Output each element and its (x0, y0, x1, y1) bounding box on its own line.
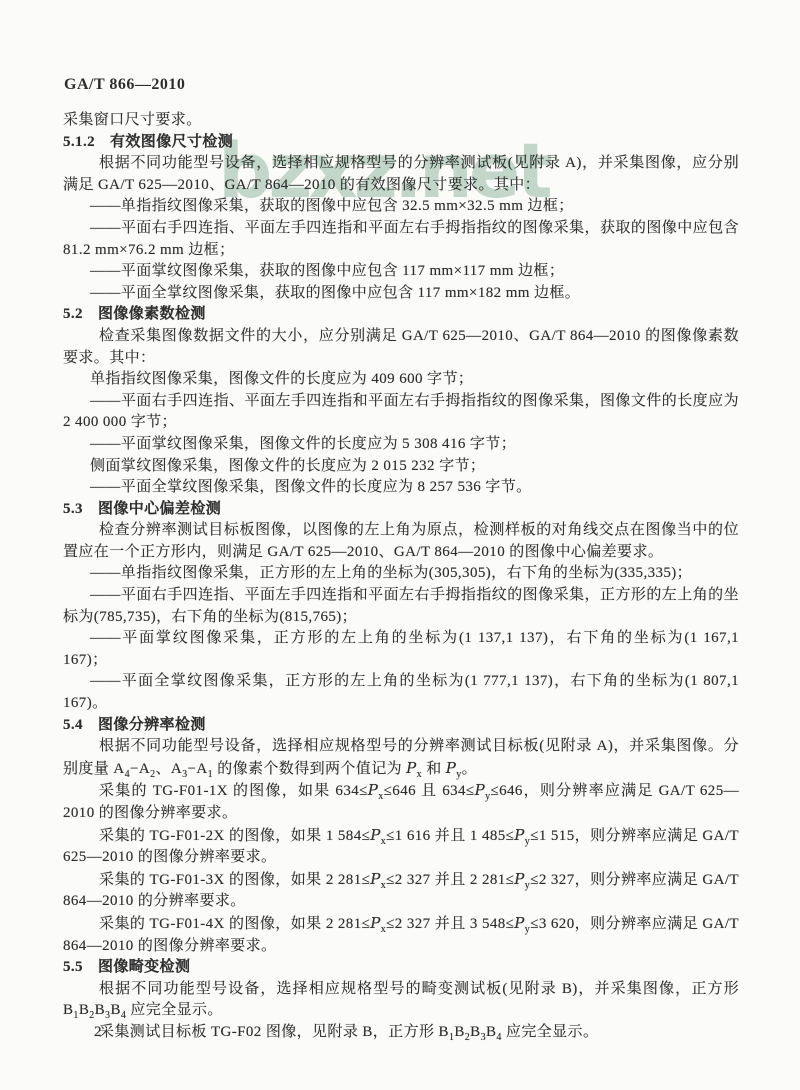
paragraph: 采集的 TG-F01-2X 的图像，如果 1 584≤Px≤1 616 并且 1… (63, 825, 739, 869)
heading-title: 图像分辨率检测 (98, 717, 206, 733)
list-item: ——平面全掌纹图像采集，图像文件的长度应为 8 257 536 字节。 (63, 477, 739, 499)
list-item: 侧面掌纹图像采集，图像文件的长度应为 2 015 232 字节； (63, 456, 739, 478)
paragraph: 采集的 TG-F01-4X 的图像，如果 2 281≤Px≤2 327 并且 3… (63, 913, 739, 957)
list-item: ——平面掌纹图像采集，图像文件的长度应为 5 308 416 字节； (63, 434, 739, 456)
list-item: 单指指纹图像采集，图像文件的长度应为 409 600 字节； (63, 369, 739, 391)
heading-number: 5.4 (63, 717, 83, 733)
heading-number: 5.1.2 (63, 134, 95, 150)
list-item: ——平面右手四连指、平面左手四连指和平面左右手拇指指纹的图像采集，正方形的左上角… (63, 585, 739, 628)
doc-code-header: GA/T 866—2010 (64, 76, 185, 94)
paragraph: 采集的 TG-F01-1X 的图像，如果 634≤Px≤646 且 634≤Py… (63, 780, 739, 824)
paragraph: 采集的 TG-F01-3X 的图像，如果 2 281≤Px≤2 327 并且 2… (63, 869, 739, 913)
list-item: ——单指指纹图像采集，获取的图像中应包含 32.5 mm×32.5 mm 边框； (63, 196, 739, 218)
paragraph: 采集窗口尺寸要求。 (63, 110, 739, 132)
list-item: ——平面掌纹图像采集，正方形的左上角的坐标为(1 137,1 137)，右下角的… (63, 628, 739, 671)
list-item: ——平面全掌纹图像采集，获取的图像中应包含 117 mm×182 mm 边框。 (63, 283, 739, 305)
list-item: ——单指指纹图像采集，正方形的左上角的坐标为(305,305)，右下角的坐标为(… (63, 563, 739, 585)
paragraph: 根据不同功能型号设备，选择相应规格型号的分辨率测试目标板(见附录 A)，并采集图… (63, 736, 739, 780)
heading-title: 图像中心偏差检测 (98, 501, 221, 517)
page-number: 2 (94, 1024, 102, 1041)
section-heading: 5.3图像中心偏差检测 (63, 499, 739, 521)
section-heading: 5.5图像畸变检测 (63, 957, 739, 979)
list-item: ——平面掌纹图像采集，获取的图像中应包含 117 mm×117 mm 边框； (63, 261, 739, 283)
list-item: ——平面右手四连指、平面左手四连指和平面左右手拇指指纹的图像采集，图像文件的长度… (63, 391, 739, 434)
section-heading: 5.4图像分辨率检测 (63, 715, 739, 737)
heading-title: 图像像素数检测 (98, 306, 206, 322)
heading-number: 5.5 (63, 959, 83, 975)
section-heading: 5.1.2有效图像尺寸检测 (63, 132, 739, 154)
paragraph: 采集测试目标板 TG-F02 图像，见附录 B，正方形 B1B2B3B4 应完全… (63, 1022, 739, 1044)
heading-title: 图像畸变检测 (98, 959, 190, 975)
heading-number: 5.2 (63, 306, 83, 322)
document-content: 采集窗口尺寸要求。 5.1.2有效图像尺寸检测 根据不同功能型号设备，选择相应规… (63, 110, 739, 1044)
heading-title: 有效图像尺寸检测 (110, 134, 233, 150)
heading-number: 5.3 (63, 501, 83, 517)
paragraph: 根据不同功能型号设备，选择相应规格型号的畸变测试板(见附录 B)，并采集图像，正… (63, 979, 739, 1022)
paragraph: 检查采集图像数据文件的大小，应分别满足 GA/T 625—2010、GA/T 8… (63, 326, 739, 369)
list-item: ——平面全掌纹图像采集，正方形的左上角的坐标为(1 777,1 137)，右下角… (63, 671, 739, 714)
scanned-document-page: bzxz.net GA/T 866—2010 采集窗口尺寸要求。 5.1.2有效… (0, 0, 800, 1090)
section-heading: 5.2图像像素数检测 (63, 304, 739, 326)
list-item: ——平面右手四连指、平面左手四连指和平面左右手拇指指纹的图像采集，获取的图像中应… (63, 218, 739, 261)
paragraph: 根据不同功能型号设备，选择相应规格型号的分辨率测试板(见附录 A)，并采集图像，… (63, 153, 739, 196)
paragraph: 检查分辨率测试目标板图像，以图像的左上角为原点，检测样板的对角线交点在图像当中的… (63, 520, 739, 563)
